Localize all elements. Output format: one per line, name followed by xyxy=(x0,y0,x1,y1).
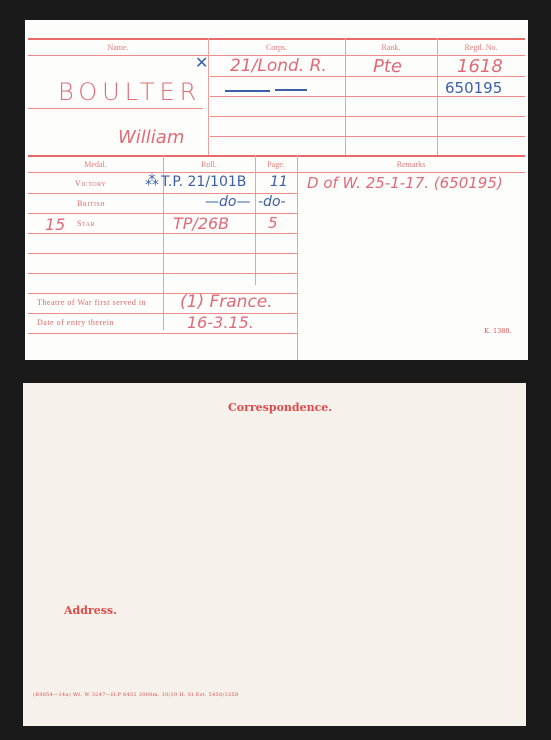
medal-page: 5 xyxy=(268,214,278,232)
forename: William xyxy=(118,127,184,148)
medal-page: 11 xyxy=(270,174,288,190)
corps-dash xyxy=(225,90,270,92)
rule xyxy=(345,38,346,156)
rule xyxy=(210,116,525,117)
form-code: K. 1380. xyxy=(484,327,512,335)
rule xyxy=(28,193,297,194)
medal-card-back: Correspondence. Address. (B4854—14a) Wt.… xyxy=(23,383,526,726)
header-name: Name. xyxy=(28,43,208,52)
surname: BOULTER xyxy=(58,78,201,106)
correspondence-title: Correspondence. xyxy=(228,401,332,414)
rank-entry: Pte xyxy=(373,56,402,77)
header-remarks: Remarks xyxy=(297,160,525,169)
entry-date-value: 16-3.15. xyxy=(187,313,254,332)
rule xyxy=(28,38,525,40)
header-rank: Rank. xyxy=(345,43,437,52)
medal-prefix: 15 xyxy=(45,215,65,234)
rule xyxy=(437,38,438,156)
rule xyxy=(28,108,203,109)
rule xyxy=(255,155,256,285)
rule xyxy=(28,233,297,234)
header-medal: Medal. xyxy=(28,160,163,169)
medal-roll: —do— xyxy=(205,194,250,210)
medal-roll: TP/26B xyxy=(173,214,229,233)
rule xyxy=(28,313,297,314)
header-page: Page. xyxy=(255,160,297,169)
medal-card-front: Name. Corps. Rank. Regtl. No. BOULTER Wi… xyxy=(25,20,528,360)
medal-label: British xyxy=(77,199,105,208)
regt-entry-2: 650195 xyxy=(445,79,502,97)
header-roll: Roll. xyxy=(163,160,255,169)
medal-page: -do- xyxy=(258,194,286,210)
theatre-label: Theatre of War first served in xyxy=(37,298,146,307)
header-regt-no: Regtl. No. xyxy=(437,43,525,52)
rule xyxy=(297,155,298,360)
theatre-value: (1) France. xyxy=(180,292,273,312)
rule xyxy=(28,253,297,254)
medal-roll: T.P. 21/101B xyxy=(161,174,246,190)
rule xyxy=(28,333,297,334)
medal-label: Star xyxy=(77,219,95,228)
printer-imprint: (B4854—14a) Wt. W 3247—H.P 6451 2000m. 1… xyxy=(33,692,238,698)
medal-label: Victory xyxy=(75,179,106,188)
rule xyxy=(28,172,525,173)
header-corps: Corps. xyxy=(208,43,345,52)
entry-date-label: Date of entry therein xyxy=(37,318,114,327)
asterisk-mark: ⁂ xyxy=(145,173,159,189)
corps-dash xyxy=(275,89,307,91)
remarks-text: D of W. 25-1-17. (650195) xyxy=(307,174,503,192)
rule xyxy=(28,273,297,274)
rule xyxy=(28,213,297,214)
address-label: Address. xyxy=(64,604,117,617)
regt-entry-1: 1618 xyxy=(457,56,503,77)
corps-entry-1: 21/Lond. R. xyxy=(230,56,327,76)
cross-mark: ✕ xyxy=(195,53,208,72)
rule xyxy=(28,155,525,157)
rule xyxy=(210,136,525,137)
